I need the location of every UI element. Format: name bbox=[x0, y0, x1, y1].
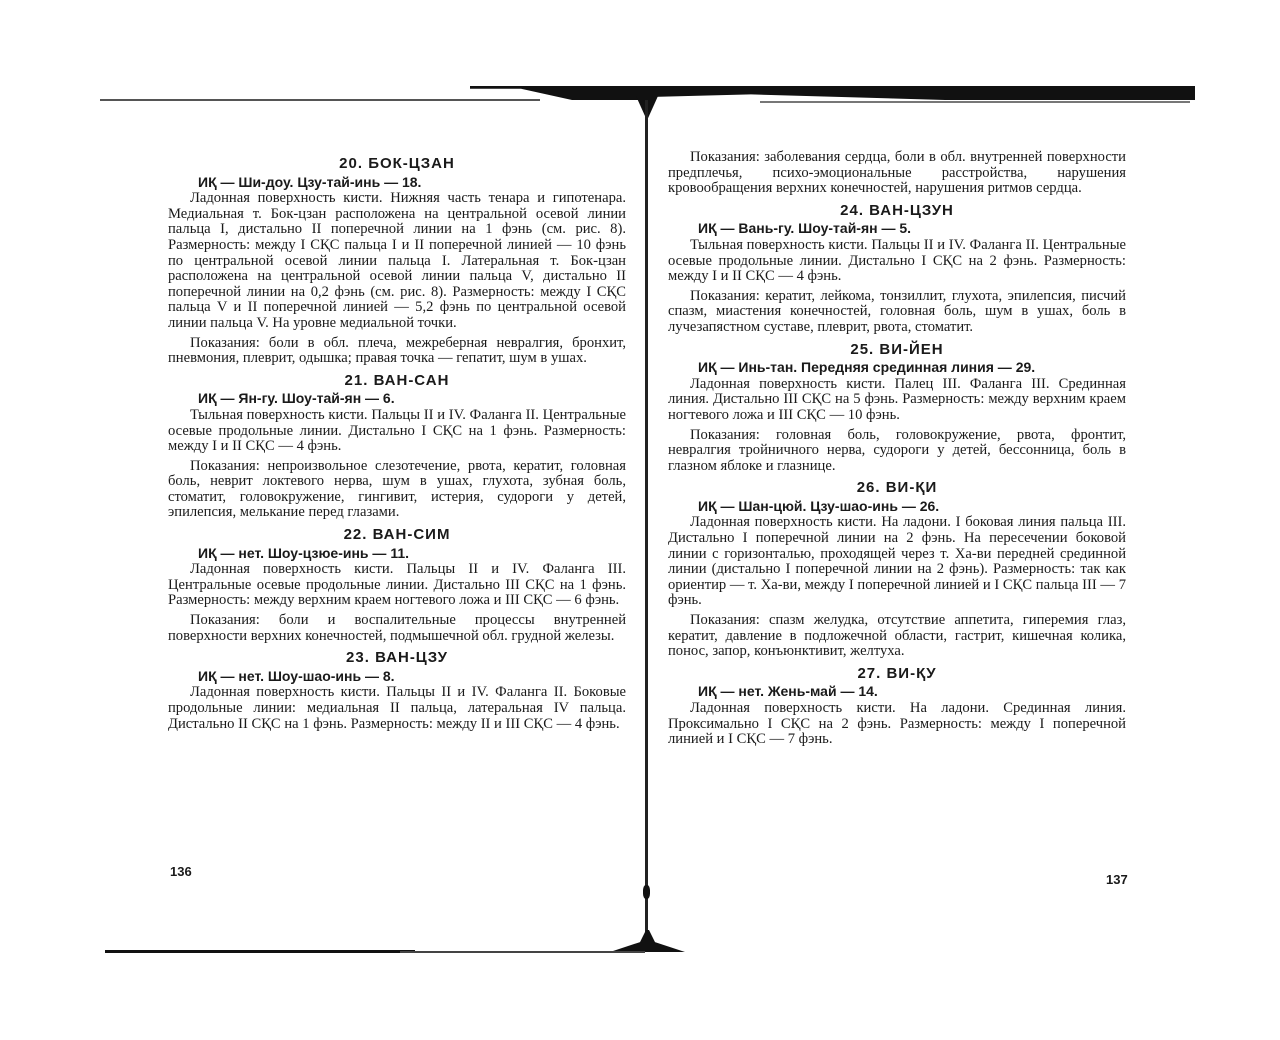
section-24: 24. ВАН-ЦЗУН ИҚ — Вань-гу. Шоу-тай-ян — … bbox=[668, 203, 1126, 336]
section-title: 21. ВАН-САН bbox=[168, 373, 626, 389]
section-26: 26. ВИ-ҚИ ИҚ — Шан-цюй. Цзу-шао-инь — 26… bbox=[668, 480, 1126, 660]
section-location: Ладонная поверхность кисти. Нижняя часть… bbox=[168, 191, 626, 331]
section-21: 21. ВАН-САН ИҚ — Ян-гу. Шоу-тай-ян — 6. … bbox=[168, 373, 626, 521]
section-ik: ИҚ — Инь-тан. Передняя срединная линия —… bbox=[698, 360, 1126, 376]
section-title: 24. ВАН-ЦЗУН bbox=[668, 203, 1126, 219]
scan-edge-top-right bbox=[760, 101, 1190, 103]
section-location: Ладонная поверхность кисти. Пальцы II и … bbox=[168, 685, 626, 732]
right-page: Показания: заболевания сердца, боли в об… bbox=[668, 150, 1126, 752]
section-indications: Показания: боли и воспалительные процесс… bbox=[168, 613, 626, 644]
section-ik: ИҚ — Ши-доу. Цзу-тай-инь — 18. bbox=[198, 175, 626, 191]
section-ik: ИҚ — нет. Жень-май — 14. bbox=[698, 684, 1126, 700]
scan-edge-bottom-left bbox=[105, 950, 415, 953]
section-27: 27. ВИ-ҚУ ИҚ — нет. Жень-май — 14. Ладон… bbox=[668, 666, 1126, 748]
section-ik: ИҚ — Вань-гу. Шоу-тай-ян — 5. bbox=[698, 221, 1126, 237]
section-22: 22. ВАН-СИМ ИҚ — нет. Шоу-цзюе-инь — 11.… bbox=[168, 527, 626, 644]
book-spine-foot bbox=[610, 930, 685, 952]
section-title: 25. ВИ-ЙЕН bbox=[668, 342, 1126, 358]
continued-indications: Показания: заболевания сердца, боли в об… bbox=[668, 150, 1126, 197]
scan-shadow-top-right bbox=[640, 86, 1195, 100]
book-spine bbox=[645, 100, 648, 940]
section-location: Тыльная поверхность кисти. Пальцы II и I… bbox=[668, 238, 1126, 285]
scan-shadow-top-left bbox=[470, 86, 640, 100]
section-23: 23. ВАН-ЦЗУ ИҚ — нет. Шоу-шао-инь — 8. Л… bbox=[168, 650, 626, 732]
section-location: Ладонная поверхность кисти. На ладони. С… bbox=[668, 701, 1126, 748]
section-location: Тыльная поверхность кисти. Пальцы II и I… bbox=[168, 408, 626, 455]
section-indications: Показания: спазм желудка, отсутствие апп… bbox=[668, 613, 1126, 660]
section-title: 23. ВАН-ЦЗУ bbox=[168, 650, 626, 666]
section-ik: ИҚ — нет. Шоу-цзюе-инь — 11. bbox=[198, 546, 626, 562]
scan-edge-bottom-left-thin bbox=[400, 951, 645, 953]
page-number-right: 137 bbox=[1106, 872, 1128, 887]
section-indications: Показания: головная боль, головокружение… bbox=[668, 428, 1126, 475]
section-title: 20. БОК-ЦЗАН bbox=[168, 156, 626, 172]
spine-blot bbox=[643, 885, 650, 899]
section-indications: Показания: боли в обл. плеча, межреберна… bbox=[168, 336, 626, 367]
section-location: Ладонная поверхность кисти. Палец III. Ф… bbox=[668, 377, 1126, 424]
section-title: 22. ВАН-СИМ bbox=[168, 527, 626, 543]
section-25: 25. ВИ-ЙЕН ИҚ — Инь-тан. Передняя средин… bbox=[668, 342, 1126, 475]
section-ik: ИҚ — нет. Шоу-шао-инь — 8. bbox=[198, 669, 626, 685]
left-page: 20. БОК-ЦЗАН ИҚ — Ши-доу. Цзу-тай-инь — … bbox=[168, 150, 626, 736]
section-indications: Показания: кератит, лейкома, тонзиллит, … bbox=[668, 289, 1126, 336]
page-number-left: 136 bbox=[170, 864, 192, 879]
section-location: Ладонная поверхность кисти. На ладони. I… bbox=[668, 515, 1126, 609]
section-location: Ладонная поверхность кисти. Пальцы II и … bbox=[168, 562, 626, 609]
section-ik: ИҚ — Шан-цюй. Цзу-шао-инь — 26. bbox=[698, 499, 1126, 515]
section-20: 20. БОК-ЦЗАН ИҚ — Ши-доу. Цзу-тай-инь — … bbox=[168, 156, 626, 367]
scan-edge-top-left bbox=[100, 99, 540, 101]
section-indications: Показания: непроизвольное слезотечение, … bbox=[168, 459, 626, 521]
section-title: 27. ВИ-ҚУ bbox=[668, 666, 1126, 682]
section-ik: ИҚ — Ян-гу. Шоу-тай-ян — 6. bbox=[198, 391, 626, 407]
section-title: 26. ВИ-ҚИ bbox=[668, 480, 1126, 496]
